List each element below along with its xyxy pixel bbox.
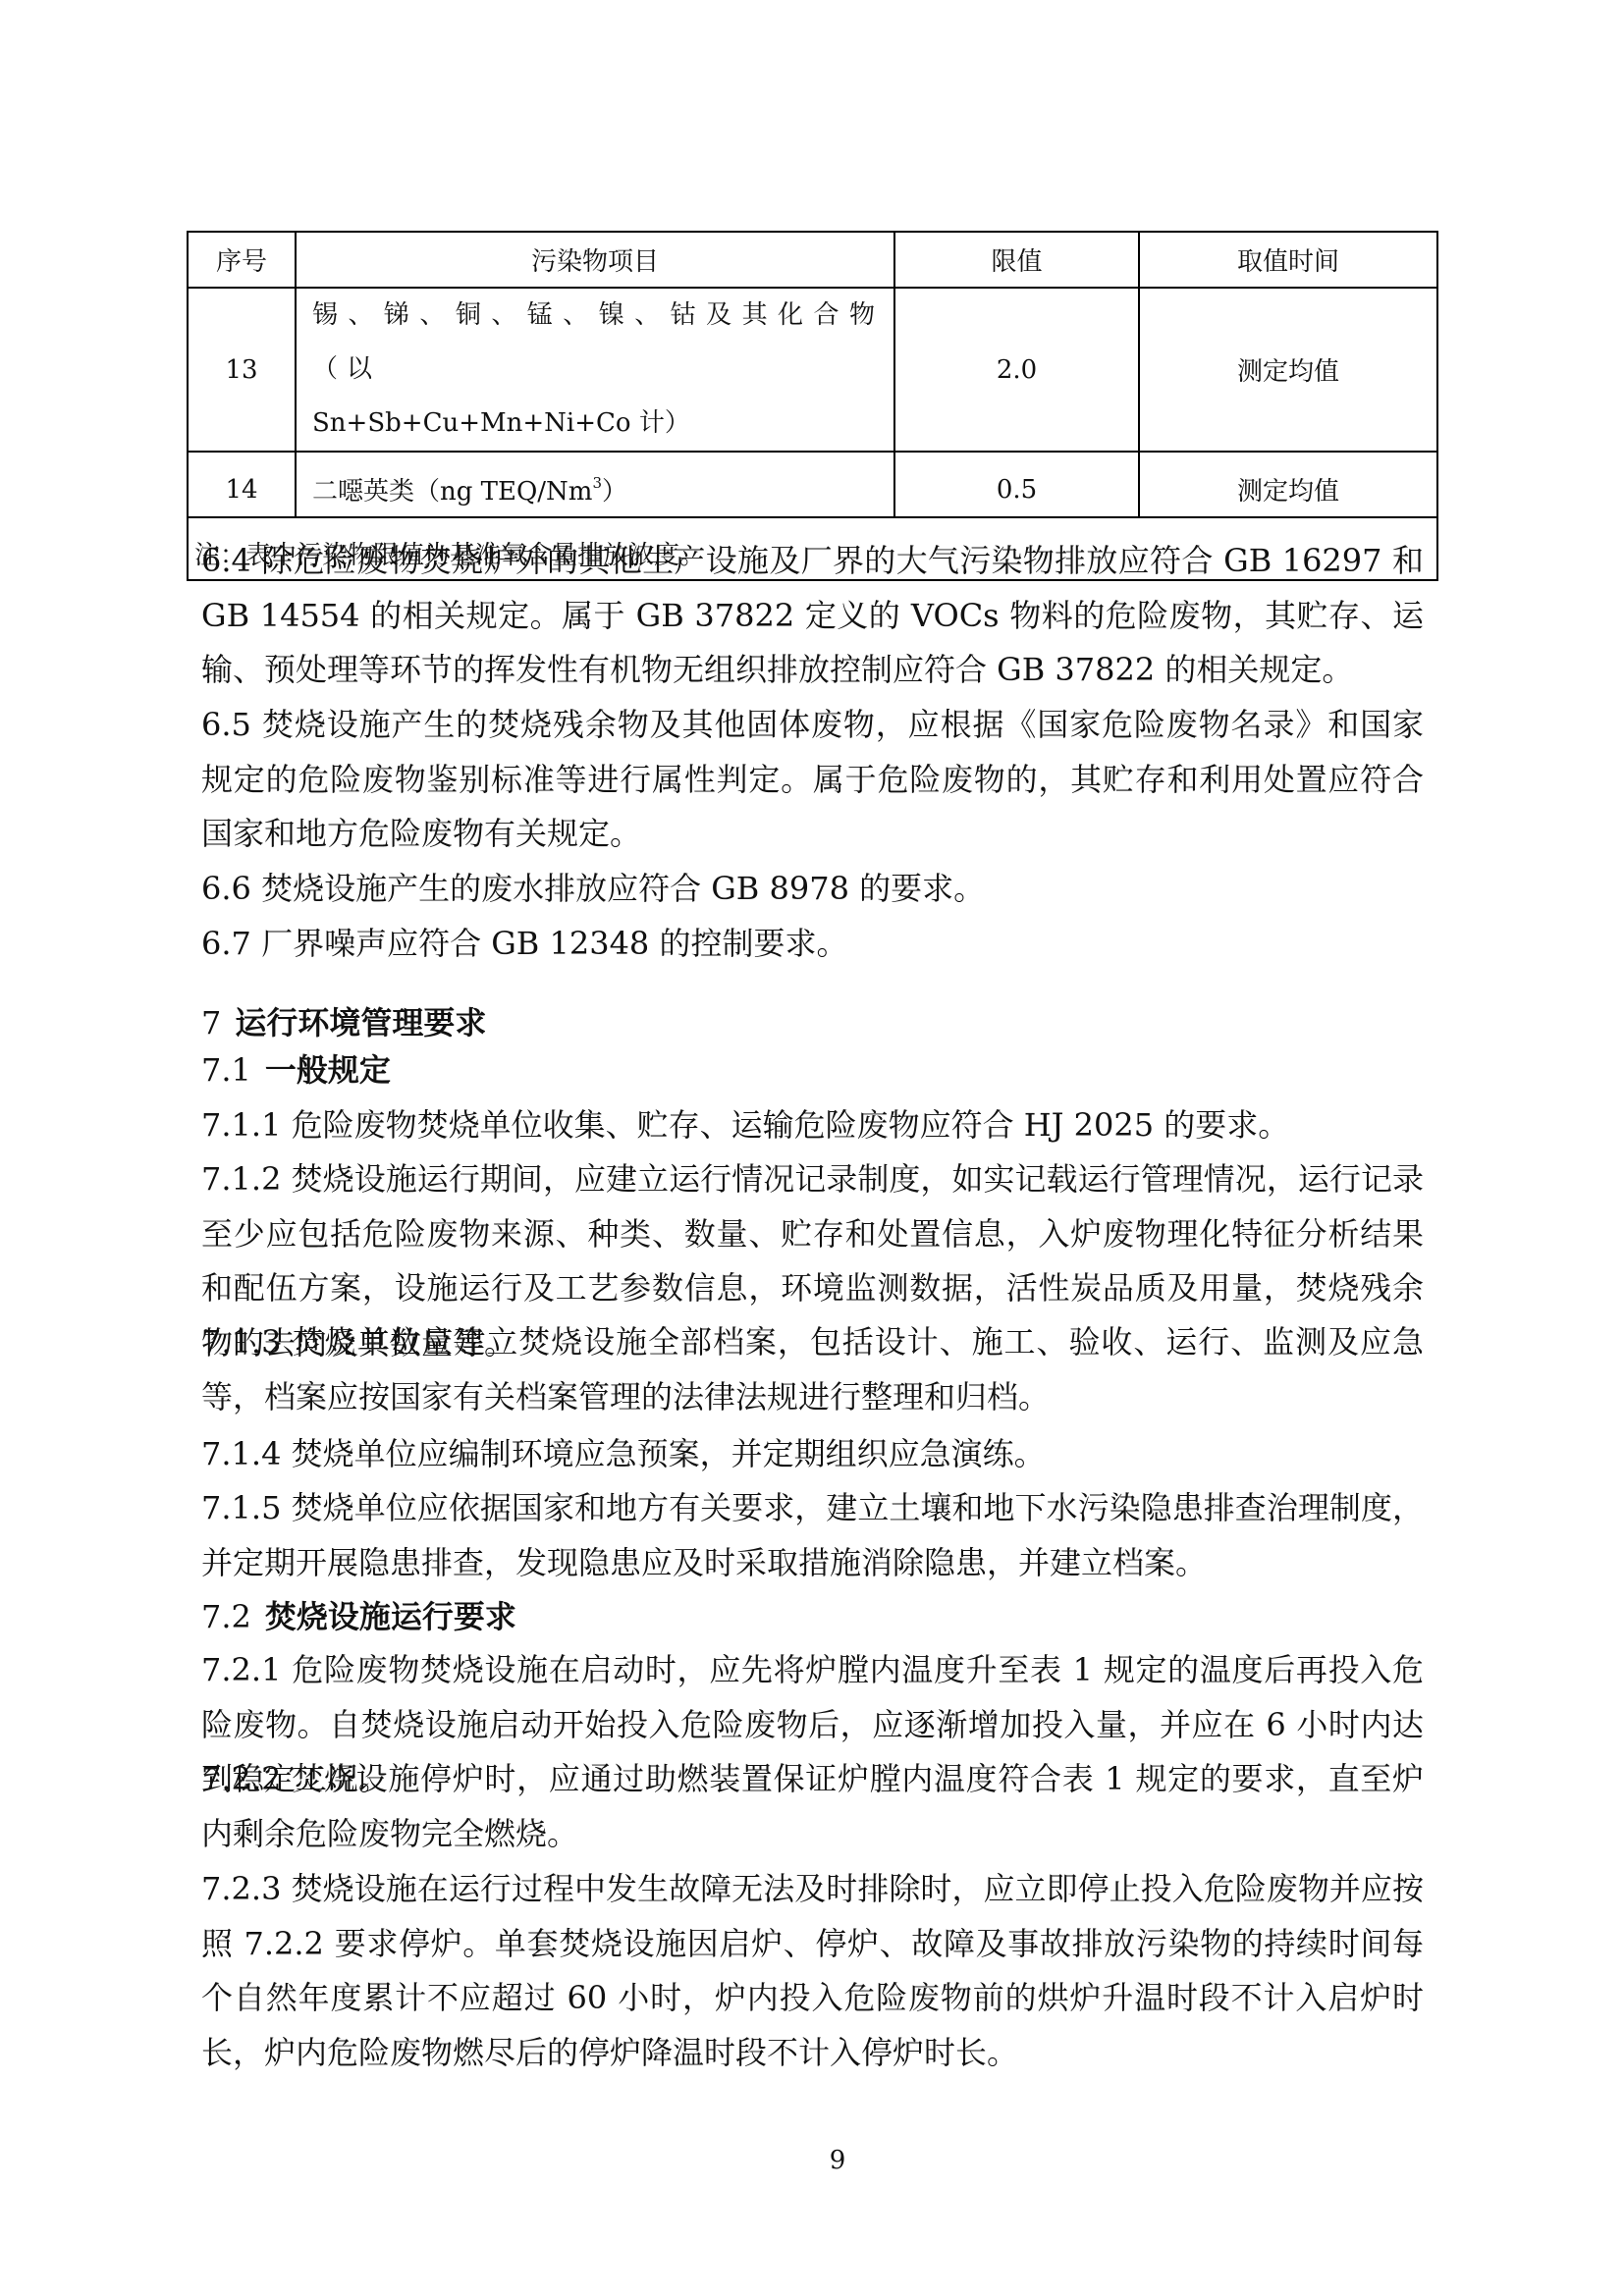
header-item: 污染物项目 [296,232,894,288]
row-index: 14 [188,452,296,517]
paragraph-7-2-2: 7.2.2 焚烧设施停炉时，应通过助燃装置保证炉膛内温度符合表 1 规定的要求，… [201,1752,1424,1861]
row-item: 锡、锑、铜、锰、镍、钴及其化合物（以 Sn+Sb+Cu+Mn+Ni+Co 计） [296,288,894,452]
row-item-line1: 锡、锑、铜、锰、镍、钴及其化合物（以 [312,289,884,397]
row-index: 13 [188,288,296,452]
pollutant-limits-table: 序号 污染物项目 限值 取值时间 13 锡、锑、铜、锰、镍、钴及其化合物（以 S… [187,231,1438,581]
paragraph-7-2-3: 7.2.3 焚烧设施在运行过程中发生故障无法及时排除时，应立即停止投入危险废物并… [201,1862,1424,2080]
paragraph-7-1-4: 7.1.4 焚烧单位应编制环境应急预案，并定期组织应急演练。 [201,1427,1424,1482]
row-item-suffix: ） [602,477,627,507]
table-header-row: 序号 污染物项目 限值 取值时间 [188,232,1437,288]
row-item-text: 二噁英类（ng TEQ/Nm [312,477,592,507]
paragraph-6-5: 6.5 焚烧设施产生的焚烧残余物及其他固体废物，应根据《国家危险废物名录》和国家… [201,698,1424,862]
row-time: 测定均值 [1139,452,1437,517]
paragraph-7-1-3: 7.1.3 焚烧单位应建立焚烧设施全部档案，包括设计、施工、验收、运行、监测及应… [201,1315,1424,1424]
paragraph-6-6: 6.6 焚烧设施产生的废水排放应符合 GB 8978 的要求。 [201,862,1424,917]
paragraph-7-1-5: 7.1.5 焚烧单位应依据国家和地方有关要求，建立土壤和地下水污染隐患排查治理制… [201,1481,1424,1590]
table-row: 14 二噁英类（ng TEQ/Nm3） 0.5 测定均值 [188,452,1437,517]
section-title: 焚烧设施运行要求 [265,1598,516,1635]
header-limit: 限值 [894,232,1139,288]
section-heading-7-1: 7.1一般规定 [201,1046,391,1094]
table-row: 13 锡、锑、铜、锰、镍、钴及其化合物（以 Sn+Sb+Cu+Mn+Ni+Co … [188,288,1437,452]
superscript: 3 [592,474,602,492]
row-limit: 2.0 [894,288,1139,452]
section-title: 一般规定 [265,1051,391,1089]
section-number: 7 [201,1004,221,1041]
row-time: 测定均值 [1139,288,1437,452]
section-number: 7.1 [201,1051,251,1089]
paragraph-6-4: 6.4 除危险废物焚烧炉外的其他生产设施及厂界的大气污染物排放应符合 GB 16… [201,534,1424,698]
row-limit: 0.5 [894,452,1139,517]
section-heading-7-2: 7.2焚烧设施运行要求 [201,1593,516,1640]
paragraph-7-1-1: 7.1.1 危险废物焚烧单位收集、贮存、运输危险废物应符合 HJ 2025 的要… [201,1098,1424,1153]
row-item-line2: Sn+Sb+Cu+Mn+Ni+Co 计） [312,397,884,451]
header-time: 取值时间 [1139,232,1437,288]
paragraph-6-7: 6.7 厂界噪声应符合 GB 12348 的控制要求。 [201,917,1424,972]
section-heading-7: 7运行环境管理要求 [201,999,486,1046]
document-page: 序号 污染物项目 限值 取值时间 13 锡、锑、铜、锰、镍、钴及其化合物（以 S… [0,0,1624,2296]
page-number: 9 [823,2146,852,2175]
section-number: 7.2 [201,1598,251,1635]
header-index: 序号 [188,232,296,288]
section-title: 运行环境管理要求 [235,1004,486,1041]
row-item: 二噁英类（ng TEQ/Nm3） [296,452,894,517]
